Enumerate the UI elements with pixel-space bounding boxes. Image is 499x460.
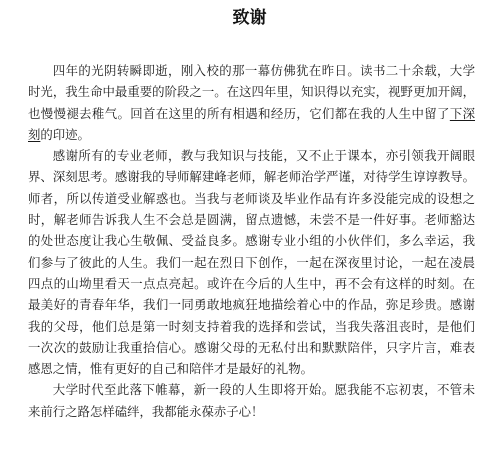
text-segment: 最美好的青春年华，我们一同勇敢地疯狂地描绘着心中的作品，弥足珍贵。感谢 [28,298,475,312]
document-body: 四年的光阴转瞬即逝，刚入校的那一幕仿佛犹在昨日。读书二十余载，大学时光，我生命中… [28,61,475,423]
text-segment: 时光，我生命中最重要的阶段之一。在这四年里，知识得以充实，视野更加开阔， [28,85,475,99]
text-line: 我的父母，他们总是第一时刻支持着我的选择和尝试，当我失落沮丧时，是他们 [28,317,475,338]
text-line: 感谢所有的专业老师，教与我知识与技能，又不止于课本，亦引领我开阔眼 [28,146,475,167]
text-segment: 的处世态度让我心生敬佩、受益良多。感谢专业小组的小伙伴们，多么幸运，我 [28,234,475,248]
text-segment: 一次次的鼓励让我重拾信心。感谢父母的无私付出和默默陪伴，只字片言，难表 [28,341,475,355]
text-line: 的处世态度让我心生敬佩、受益良多。感谢专业小组的小伙伴们，多么幸运，我 [28,231,475,252]
text-segment: 时，解老师告诉我人生不会总是圆满，留点遗憾，未尝不是一件好事。老师豁达 [28,213,475,227]
text-segment: 界、深刻思考。感谢我的导师解建峰老师，解老师治学严谨，对待学生谆谆教导。 [28,170,475,184]
text-line: 四年的光阴转瞬即逝，刚入校的那一幕仿佛犹在昨日。读书二十余载，大学 [28,61,475,82]
text-line: 大学时代至此落下帷幕，新一段的人生即将开始。愿我能不忘初衷，不管未 [28,380,475,401]
text-line: 界、深刻思考。感谢我的导师解建峰老师，解老师治学严谨，对待学生谆谆教导。 [28,167,475,188]
text-segment: 四点的山坳里看天一点点亮起。或许在今后的人生中，再不会有这样的时刻。在 [28,277,475,291]
text-line: 刻的印迹。 [28,125,475,146]
text-segment: 四年的光阴转瞬即逝，刚入校的那一幕仿佛犹在昨日。读书二十余载，大学 [53,64,475,78]
text-line: 们参与了彼此的人生。我们一起在烈日下创作，一起在深夜里讨论，一起在凌晨 [28,253,475,274]
text-line: 师者，所以传道受业解惑也。当我与老师谈及毕业作品有许多没能完成的设想之 [28,189,475,210]
text-line: 感恩之情，惟有更好的自己和陪伴才是最好的礼物。 [28,359,475,380]
text-segment: 感谢所有的专业老师，教与我知识与技能，又不止于课本，亦引领我开阔眼 [53,149,475,163]
text-segment: 师者，所以传道受业解惑也。当我与老师谈及毕业作品有许多没能完成的设想之 [28,192,475,206]
text-line: 时光，我生命中最重要的阶段之一。在这四年里，知识得以充实，视野更加开阔， [28,82,475,103]
document-page: 致谢 四年的光阴转瞬即逝，刚入校的那一幕仿佛犹在昨日。读书二十余载，大学时光，我… [0,0,499,460]
text-segment: 来前行之路怎样磕绊，我都能永葆赤子心！ [28,405,263,419]
text-line: 来前行之路怎样磕绊，我都能永葆赤子心！ [28,402,475,423]
text-line: 一次次的鼓励让我重拾信心。感谢父母的无私付出和默默陪伴，只字片言，难表 [28,338,475,359]
text-segment: 我的父母，他们总是第一时刻支持着我的选择和尝试，当我失落沮丧时，是他们 [28,320,475,334]
underlined-text: 下深 [450,107,475,121]
text-line: 最美好的青春年华，我们一同勇敢地疯狂地描绘着心中的作品，弥足珍贵。感谢 [28,295,475,316]
text-segment: 们参与了彼此的人生。我们一起在烈日下创作，一起在深夜里讨论，一起在凌晨 [28,256,475,270]
text-line: 时，解老师告诉我人生不会总是圆满，留点遗憾，未尝不是一件好事。老师豁达 [28,210,475,231]
text-segment: 感恩之情，惟有更好的自己和陪伴才是最好的礼物。 [28,362,313,376]
text-segment: 大学时代至此落下帷幕，新一段的人生即将开始。愿我能不忘初衷，不管未 [53,383,475,397]
text-line: 也慢慢褪去稚气。回首在这里的所有相遇和经历，它们都在我的人生中留了下深 [28,104,475,125]
text-line: 四点的山坳里看天一点点亮起。或许在今后的人生中，再不会有这样的时刻。在 [28,274,475,295]
page-title: 致谢 [0,6,499,30]
text-segment: 也慢慢褪去稚气。回首在这里的所有相遇和经历，它们都在我的人生中留了 [28,107,450,121]
text-segment: 的印迹。 [40,128,90,142]
underlined-text: 刻 [28,128,40,142]
